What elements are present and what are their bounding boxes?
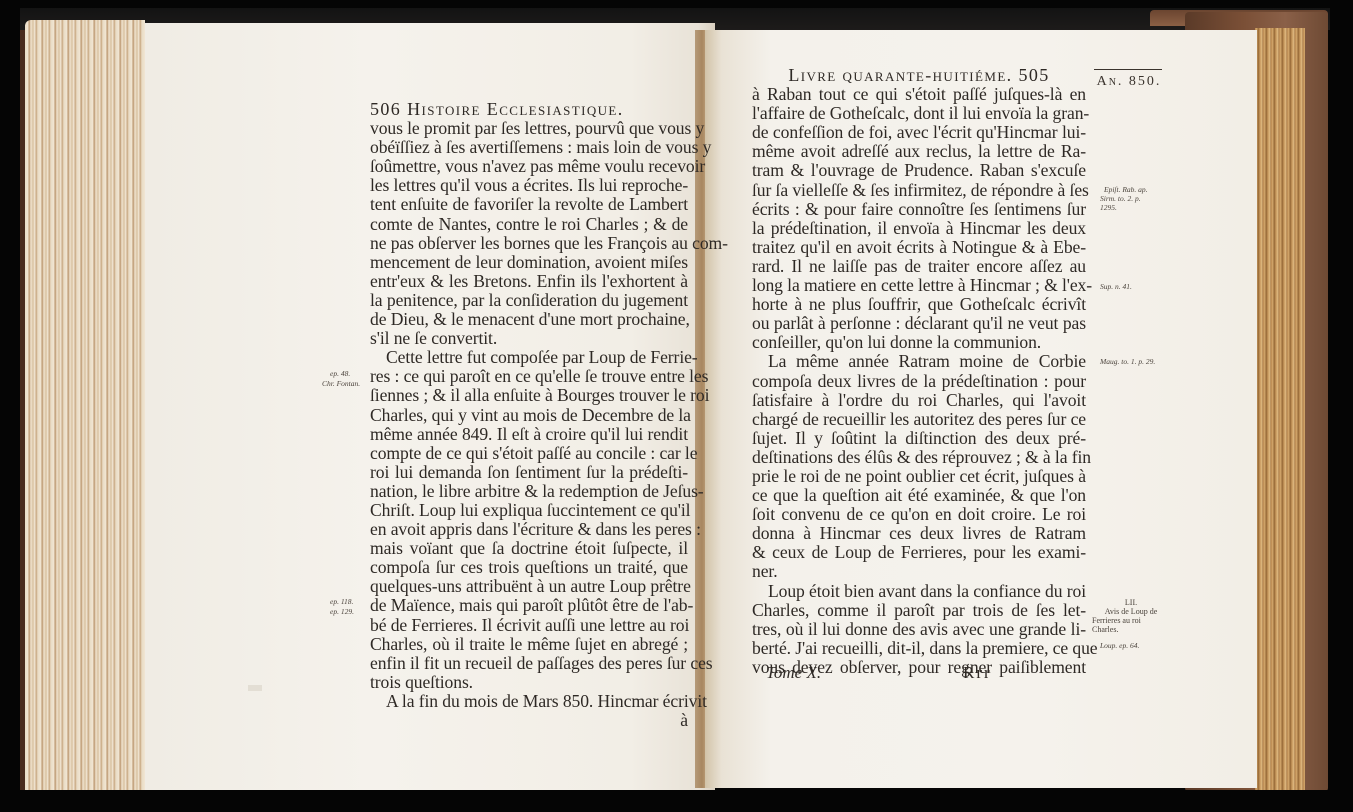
book-bottom-shadow <box>20 790 1330 812</box>
margin-note: Loup. ep. 64. <box>1100 641 1139 651</box>
page-edges-left <box>25 20 145 790</box>
margin-note: ep. 48. <box>330 369 350 379</box>
year-label: An. 850. <box>1096 74 1162 90</box>
text-line: A la fin du mois de Mars 850. Hincmar éc… <box>370 692 688 711</box>
text-line: entr'eux & les Bretons. Enfin ils l'exho… <box>370 272 688 291</box>
text-line: écrits : & pour faire connoître ſes ſent… <box>752 200 1086 219</box>
text-line: donna à Hincmar ces deux livres de Ratra… <box>752 524 1086 543</box>
text-line: chargé de recueillir les autoritez des p… <box>752 410 1086 429</box>
text-line: tram & l'ouvrage de Prudence. Raban s'ex… <box>752 161 1086 180</box>
margin-note: 1295. <box>1100 203 1117 213</box>
text-line: ne pas obſerver les bornes que les Franç… <box>370 234 688 253</box>
text-line: Chriſt. Loup lui expliqua ſuccintement c… <box>370 501 688 520</box>
text-line: tres, où il lui donne des avis avec une … <box>752 620 1086 639</box>
margin-note: Maug. to. 1. p. 29. <box>1100 357 1155 367</box>
text-line: nation, le libre arbitre & la redemption… <box>370 482 688 501</box>
text-line: Charles, qui y vint au mois de Decembre … <box>370 406 688 425</box>
text-line: même année 849. Il eſt à croire qu'il lu… <box>370 425 688 444</box>
text-line: en avoit appris dans l'écriture & dans l… <box>370 520 688 539</box>
margin-note: ep. 129. <box>330 607 354 617</box>
text-line: compoſa deux livres de la prédeſtination… <box>752 372 1086 391</box>
text-line: deſtinations des élûs & des réprouvez ; … <box>752 448 1086 467</box>
catchword: à <box>370 711 688 730</box>
sidenote-number: LII. <box>1092 598 1170 607</box>
year-rule <box>1094 69 1162 70</box>
text-line: tent enſuite de favoriſer la revolte de … <box>370 195 688 214</box>
text-line: Loup étoit bien avant dans la confiance … <box>752 582 1086 601</box>
text-line: compte de ce qui s'étoit paſſé au concil… <box>370 444 688 463</box>
signature-mark: Rrr <box>963 663 992 683</box>
text-line: berté. J'ai recueilli, dit-il, dans la p… <box>752 639 1086 658</box>
text-line: la penitence, par la conſideration du ju… <box>370 291 688 310</box>
sidenote-title-line: Avis de Loup de <box>1092 607 1170 616</box>
sidenote-title-line: Ferrieres au roi <box>1092 616 1170 625</box>
text-line: Charles, où il traite le même ſujet en a… <box>370 635 688 654</box>
text-line: même avoit adreſſé aux reclus, la lettre… <box>752 142 1086 161</box>
text-line: mais voïant que ſa doctrine étoit ſuſpec… <box>370 539 688 558</box>
text-line: ou parlât à perſonne : déclarant qu'il n… <box>752 314 1086 333</box>
text-line: enfin il fit un recueil de paſſages des … <box>370 654 688 673</box>
text-line: s'il ne ſe convertit. <box>370 329 688 348</box>
text-line: ſiennes ; & il alla enſuite à Bourges tr… <box>370 386 688 405</box>
paper-mark <box>248 685 262 691</box>
text-line: bé de Ferrieres. Il écrivit auſſi une le… <box>370 616 688 635</box>
text-line: la prédeſtination, il envoïa à Hincmar l… <box>752 219 1086 238</box>
sidenote-title-line: Charles. <box>1092 625 1170 634</box>
text-line: trois queſtions. <box>370 673 688 692</box>
text-line: ſoit convenu de ce qu'on en doit croire.… <box>752 505 1086 524</box>
text-line: ſatisfaire à l'ordre du roi Charles, qui… <box>752 391 1086 410</box>
text-line: à Raban tout ce qui s'étoit paſſé juſque… <box>752 85 1086 104</box>
text-line: ſur ſa vielleſſe & ſes infirmitez, de ré… <box>752 181 1086 200</box>
text-line: ce que la queſtion ait été examinée, & q… <box>752 486 1086 505</box>
text-line: traitez qu'il en avoit écrits à Notingue… <box>752 238 1086 257</box>
text-line: les lettres qu'il vous a écrites. Ils lu… <box>370 176 688 195</box>
text-line: prie le roi de ne point oublier cet écri… <box>752 467 1086 486</box>
text-line: long la matiere en cette lettre à Hincma… <box>752 276 1086 295</box>
text-line: l'affaire de Gotheſcalc, dont il lui env… <box>752 104 1086 123</box>
text-line: quelques-uns attribuënt à un autre Loup … <box>370 577 688 596</box>
text-line: res : ce qui paroît en ce qu'elle ſe tro… <box>370 367 688 386</box>
text-line: de Maïence, mais qui paroît plûtôt être … <box>370 596 688 615</box>
right-page-text: Livre quarante-huitiéme. 505 à Raban tou… <box>752 66 1086 677</box>
margin-note: Chr. Fontan. <box>322 379 360 389</box>
text-line: conſeiller, qu'on lui donne la communion… <box>752 333 1086 352</box>
text-line: rard. Il ne laiſſe pas de traiter encore… <box>752 257 1086 276</box>
text-line: & ceux de Loup de Ferrieres, pour les ex… <box>752 543 1086 562</box>
page-edges-right <box>1255 28 1305 790</box>
text-line: ner. <box>752 562 1086 581</box>
text-line: Charles, comme il paroît par trois de ſe… <box>752 601 1086 620</box>
margin-note: Sup. n. 41. <box>1100 282 1132 292</box>
volume-label: Tome X. <box>766 663 821 683</box>
text-line: roi lui demanda ſon ſentiment ſur la pré… <box>370 463 688 482</box>
text-line: ſoûmettre, vous n'avez pas même voulu re… <box>370 157 688 176</box>
right-page-header: Livre quarante-huitiéme. 505 <box>752 66 1086 85</box>
text-line: La même année Ratram moine de Corbie <box>752 352 1086 371</box>
text-line: de Dieu, & le menacent d'une mort procha… <box>370 310 688 329</box>
left-page-header: 506 Histoire Ecclesiastique. <box>370 100 688 119</box>
text-line: comte de Nantes, contre le roi Charles ;… <box>370 215 688 234</box>
text-line: obéïſſiez à ſes avertiſſemens : mais loi… <box>370 138 688 157</box>
left-page-text: 506 Histoire Ecclesiastique. vous le pro… <box>370 100 688 730</box>
text-line: ſujet. Il y ſoûtint la diſtinction des d… <box>752 429 1086 448</box>
text-line: Cette lettre fut compoſée par Loup de Fe… <box>370 348 688 367</box>
sidenote: LII. Avis de Loup de Ferrieres au roi Ch… <box>1092 598 1170 634</box>
margin-note: ep. 118. <box>330 597 353 607</box>
text-line: compoſa ſur ces trois queſtions un trait… <box>370 558 688 577</box>
text-line: mencement de leur domination, avoient mi… <box>370 253 688 272</box>
text-line: vous le promit par ſes lettres, pourvû q… <box>370 119 688 138</box>
text-line: de confeſſion de foi, avec l'écrit qu'Hi… <box>752 123 1086 142</box>
text-line: horte à ne plus ſouffrir, que Gotheſcalc… <box>752 295 1086 314</box>
